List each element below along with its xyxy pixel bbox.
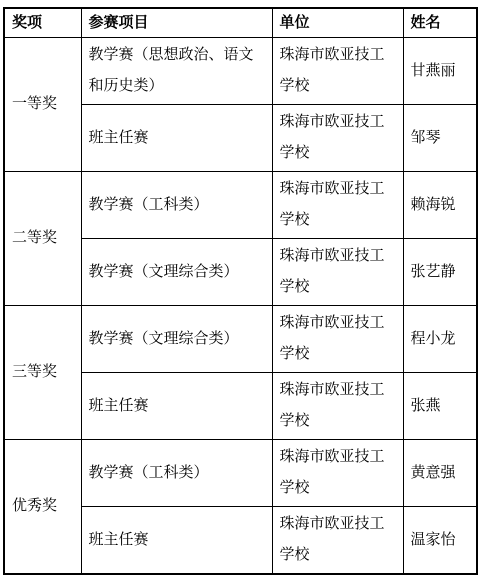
unit-cell: 珠海市欧亚技工学校 (272, 507, 403, 575)
unit-cell: 珠海市欧亚技工学校 (272, 373, 403, 440)
project-cell: 教学赛（文理综合类） (81, 239, 272, 306)
unit-cell: 珠海市欧亚技工学校 (272, 440, 403, 507)
name-cell: 赖海锐 (403, 172, 477, 239)
table-row: 三等奖 教学赛（文理综合类） 珠海市欧亚技工学校 程小龙 (4, 306, 477, 373)
award-cell: 一等奖 (4, 38, 81, 172)
award-cell: 二等奖 (4, 172, 81, 306)
unit-cell: 珠海市欧亚技工学校 (272, 172, 403, 239)
project-cell: 教学赛（思想政治、语文和历史类） (81, 38, 272, 105)
unit-cell: 珠海市欧亚技工学校 (272, 105, 403, 172)
header-cell-name: 姓名 (403, 8, 477, 38)
document-page: 奖项 参赛项目 单位 姓名 一等奖 教学赛（思想政治、语文和历史类） 珠海市欧亚… (0, 0, 480, 567)
unit-cell: 珠海市欧亚技工学校 (272, 38, 403, 105)
name-cell: 黄意强 (403, 440, 477, 507)
project-cell: 班主任赛 (81, 507, 272, 575)
header-cell-project: 参赛项目 (81, 8, 272, 38)
name-cell: 张艺静 (403, 239, 477, 306)
project-cell: 教学赛（工科类） (81, 440, 272, 507)
name-cell: 邹琴 (403, 105, 477, 172)
header-cell-award: 奖项 (4, 8, 81, 38)
name-cell: 温家怡 (403, 507, 477, 575)
award-cell: 优秀奖 (4, 440, 81, 575)
name-cell: 程小龙 (403, 306, 477, 373)
project-cell: 教学赛（文理综合类） (81, 306, 272, 373)
header-row: 奖项 参赛项目 单位 姓名 (4, 8, 477, 38)
unit-cell: 珠海市欧亚技工学校 (272, 306, 403, 373)
name-cell: 甘燕丽 (403, 38, 477, 105)
project-cell: 班主任赛 (81, 373, 272, 440)
table-row: 一等奖 教学赛（思想政治、语文和历史类） 珠海市欧亚技工学校 甘燕丽 (4, 38, 477, 105)
table-row: 优秀奖 教学赛（工科类） 珠海市欧亚技工学校 黄意强 (4, 440, 477, 507)
header-cell-unit: 单位 (272, 8, 403, 38)
project-cell: 班主任赛 (81, 105, 272, 172)
project-cell: 教学赛（工科类） (81, 172, 272, 239)
table-row: 二等奖 教学赛（工科类） 珠海市欧亚技工学校 赖海锐 (4, 172, 477, 239)
award-cell: 三等奖 (4, 306, 81, 440)
award-results-table: 奖项 参赛项目 单位 姓名 一等奖 教学赛（思想政治、语文和历史类） 珠海市欧亚… (3, 7, 478, 575)
unit-cell: 珠海市欧亚技工学校 (272, 239, 403, 306)
name-cell: 张燕 (403, 373, 477, 440)
